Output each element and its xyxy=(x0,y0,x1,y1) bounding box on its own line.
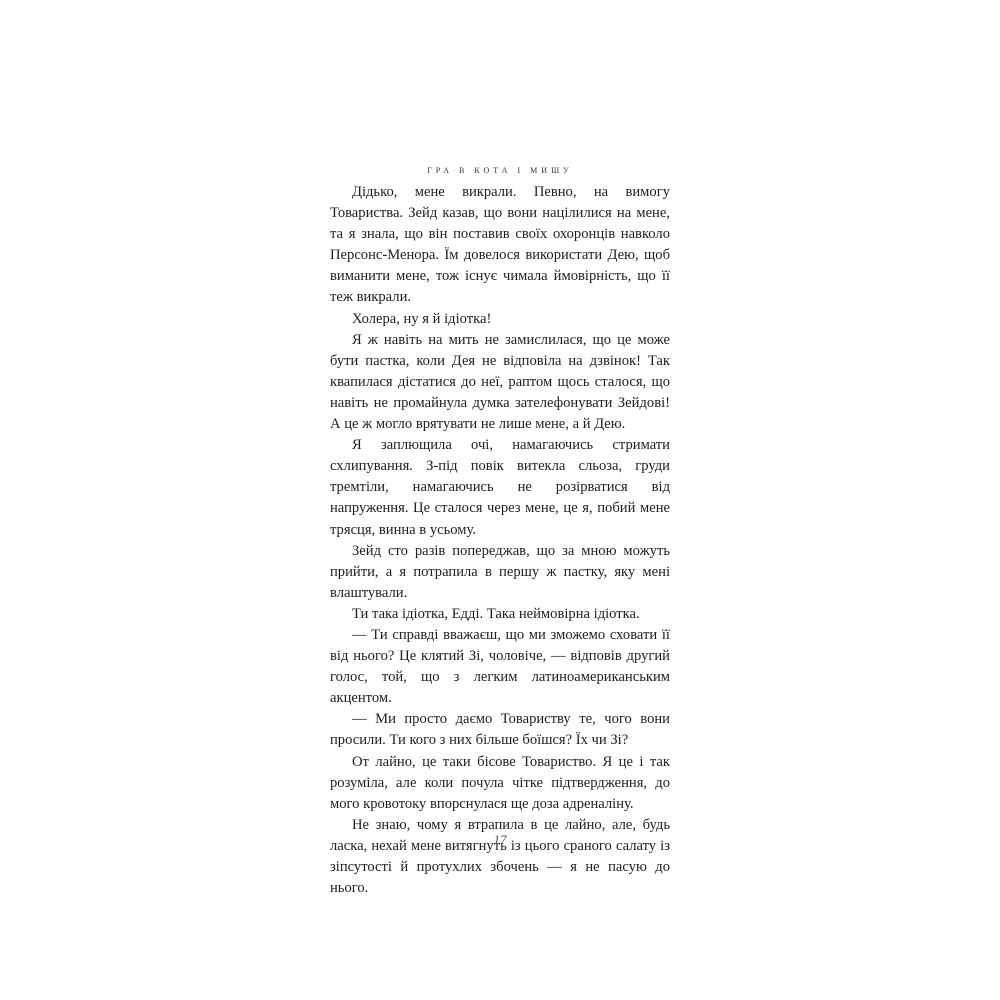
paragraph: От лайно, це таки бісове Товариство. Я ц… xyxy=(330,752,670,815)
paragraph: Я ж навіть на мить не замислилася, що це… xyxy=(330,330,670,435)
paragraph: Ти така ідіотка, Едді. Така неймовірна і… xyxy=(330,604,670,625)
paragraph: Зейд сто разів попереджав, що за мною мо… xyxy=(330,541,670,604)
paragraph: Холера, ну я й ідіотка! xyxy=(330,309,670,330)
paragraph: Дідько, мене викрали. Певно, на вимогу Т… xyxy=(330,182,670,309)
running-head: Гра в кота і мишу xyxy=(330,160,670,182)
book-page: Гра в кота і мишу Дідько, мене викрали. … xyxy=(330,160,670,899)
paragraph: Не знаю, чому я втрапила в це лайно, але… xyxy=(330,815,670,899)
body-text: Дідько, мене викрали. Певно, на вимогу Т… xyxy=(330,182,670,899)
paragraph: — Ми просто даємо Товариству те, чого во… xyxy=(330,709,670,751)
page-number: 17 xyxy=(330,832,670,848)
paragraph: Я заплющила очі, намагаючись стримати сх… xyxy=(330,435,670,540)
paragraph: — Ти справді вважаєш, що ми зможемо схов… xyxy=(330,625,670,709)
